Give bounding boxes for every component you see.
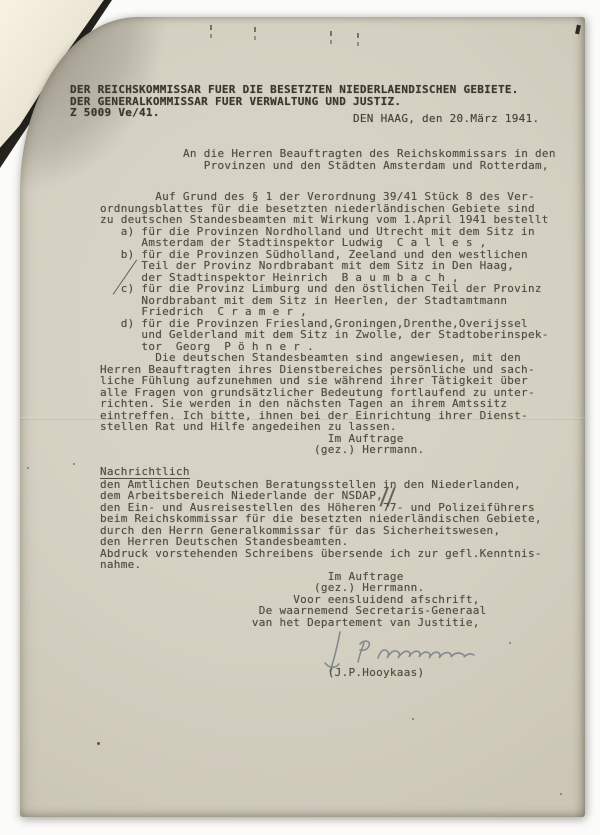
typed-line: liche Fühlung aufzunehmen und sie währen…	[100, 375, 549, 387]
typed-line: richten. Sie werden in den nächsten Tage…	[100, 398, 549, 410]
typed-line: Abdruck vorstehenden Schreibens übersend…	[100, 548, 542, 560]
typed-line: dem Arbeitsbereich Niederlande der NSDAP…	[100, 490, 542, 502]
typed-line: und Gelderland mit dem Sitz in Zwolle, d…	[100, 329, 549, 341]
typed-line-item-c: c) für die Provinz Limburg und den östli…	[100, 283, 549, 295]
paper-speck	[27, 467, 29, 469]
signoff-gez-herrmann: (gez.) Herrmann.	[100, 444, 549, 456]
typed-line: Amsterdam der Stadtinspektor Ludwig C a …	[100, 237, 549, 249]
notice-heading: Nachrichtlich	[100, 466, 190, 479]
signoff-gez-herrmann: (gez.) Herrmann.	[100, 582, 542, 594]
date-line: DEN HAAG, den 20.März 1941.	[353, 113, 539, 125]
edge-tear-mark	[575, 25, 581, 35]
paper-speck	[97, 742, 100, 745]
certification-line: van het Departement van Justitie,	[100, 617, 542, 629]
paper-speck	[412, 718, 414, 720]
letterhead-line-1: DER REICHSKOMMISSAR FUER DIE BESETZTEN N…	[70, 84, 519, 96]
typed-line: Die deutschen Standesbeamten sind angewi…	[100, 352, 549, 364]
notice-block: Nachrichtlich den Amtlichen Deutschen Be…	[100, 466, 542, 628]
staple-mark	[210, 25, 212, 30]
staple-mark	[357, 33, 359, 38]
address-block: An die Herren Beauftragten des Reichskom…	[183, 148, 556, 171]
scan-background: DER REICHSKOMMISSAR FUER DIE BESETZTEN N…	[0, 0, 600, 835]
typed-line: zu deutschen Standesbeamten mit Wirkung …	[100, 214, 549, 226]
notice-heading-line: Nachrichtlich	[100, 466, 542, 479]
staple-mark	[254, 27, 256, 32]
paper-speck	[73, 463, 75, 465]
document-page: DER REICHSKOMMISSAR FUER DIE BESETZTEN N…	[20, 17, 585, 817]
paper-speck	[560, 793, 562, 795]
body-block: Auf Grund des § 1 der Verordnung 39/41 S…	[100, 191, 549, 456]
address-line: An die Herren Beauftragten des Reichskom…	[183, 148, 556, 160]
paper-speck	[509, 642, 511, 644]
typed-line: beim Reichskommissar für die besetzten n…	[100, 513, 542, 525]
typed-line: nahme.	[100, 559, 542, 571]
typed-line: Friedrich C r a m e r ,	[100, 306, 549, 318]
typed-line: den Herren Deutschen Standesbeamten.	[100, 536, 542, 548]
staple-mark	[330, 31, 332, 36]
typed-line: stellen Rat und Hilfe angedeihen zu lass…	[100, 421, 549, 433]
typed-line: Auf Grund des § 1 der Verordnung 39/41 S…	[100, 191, 549, 203]
address-line: Provinzen und den Städten Amsterdam und …	[183, 160, 556, 172]
typed-signature-name: (J.P.Hooykaas)	[100, 667, 424, 679]
typed-line: Teil der Provinz Nordbrabant mit dem Sit…	[100, 260, 549, 272]
certification-line: De waarnemend Secretaris-Generaal	[100, 605, 542, 617]
